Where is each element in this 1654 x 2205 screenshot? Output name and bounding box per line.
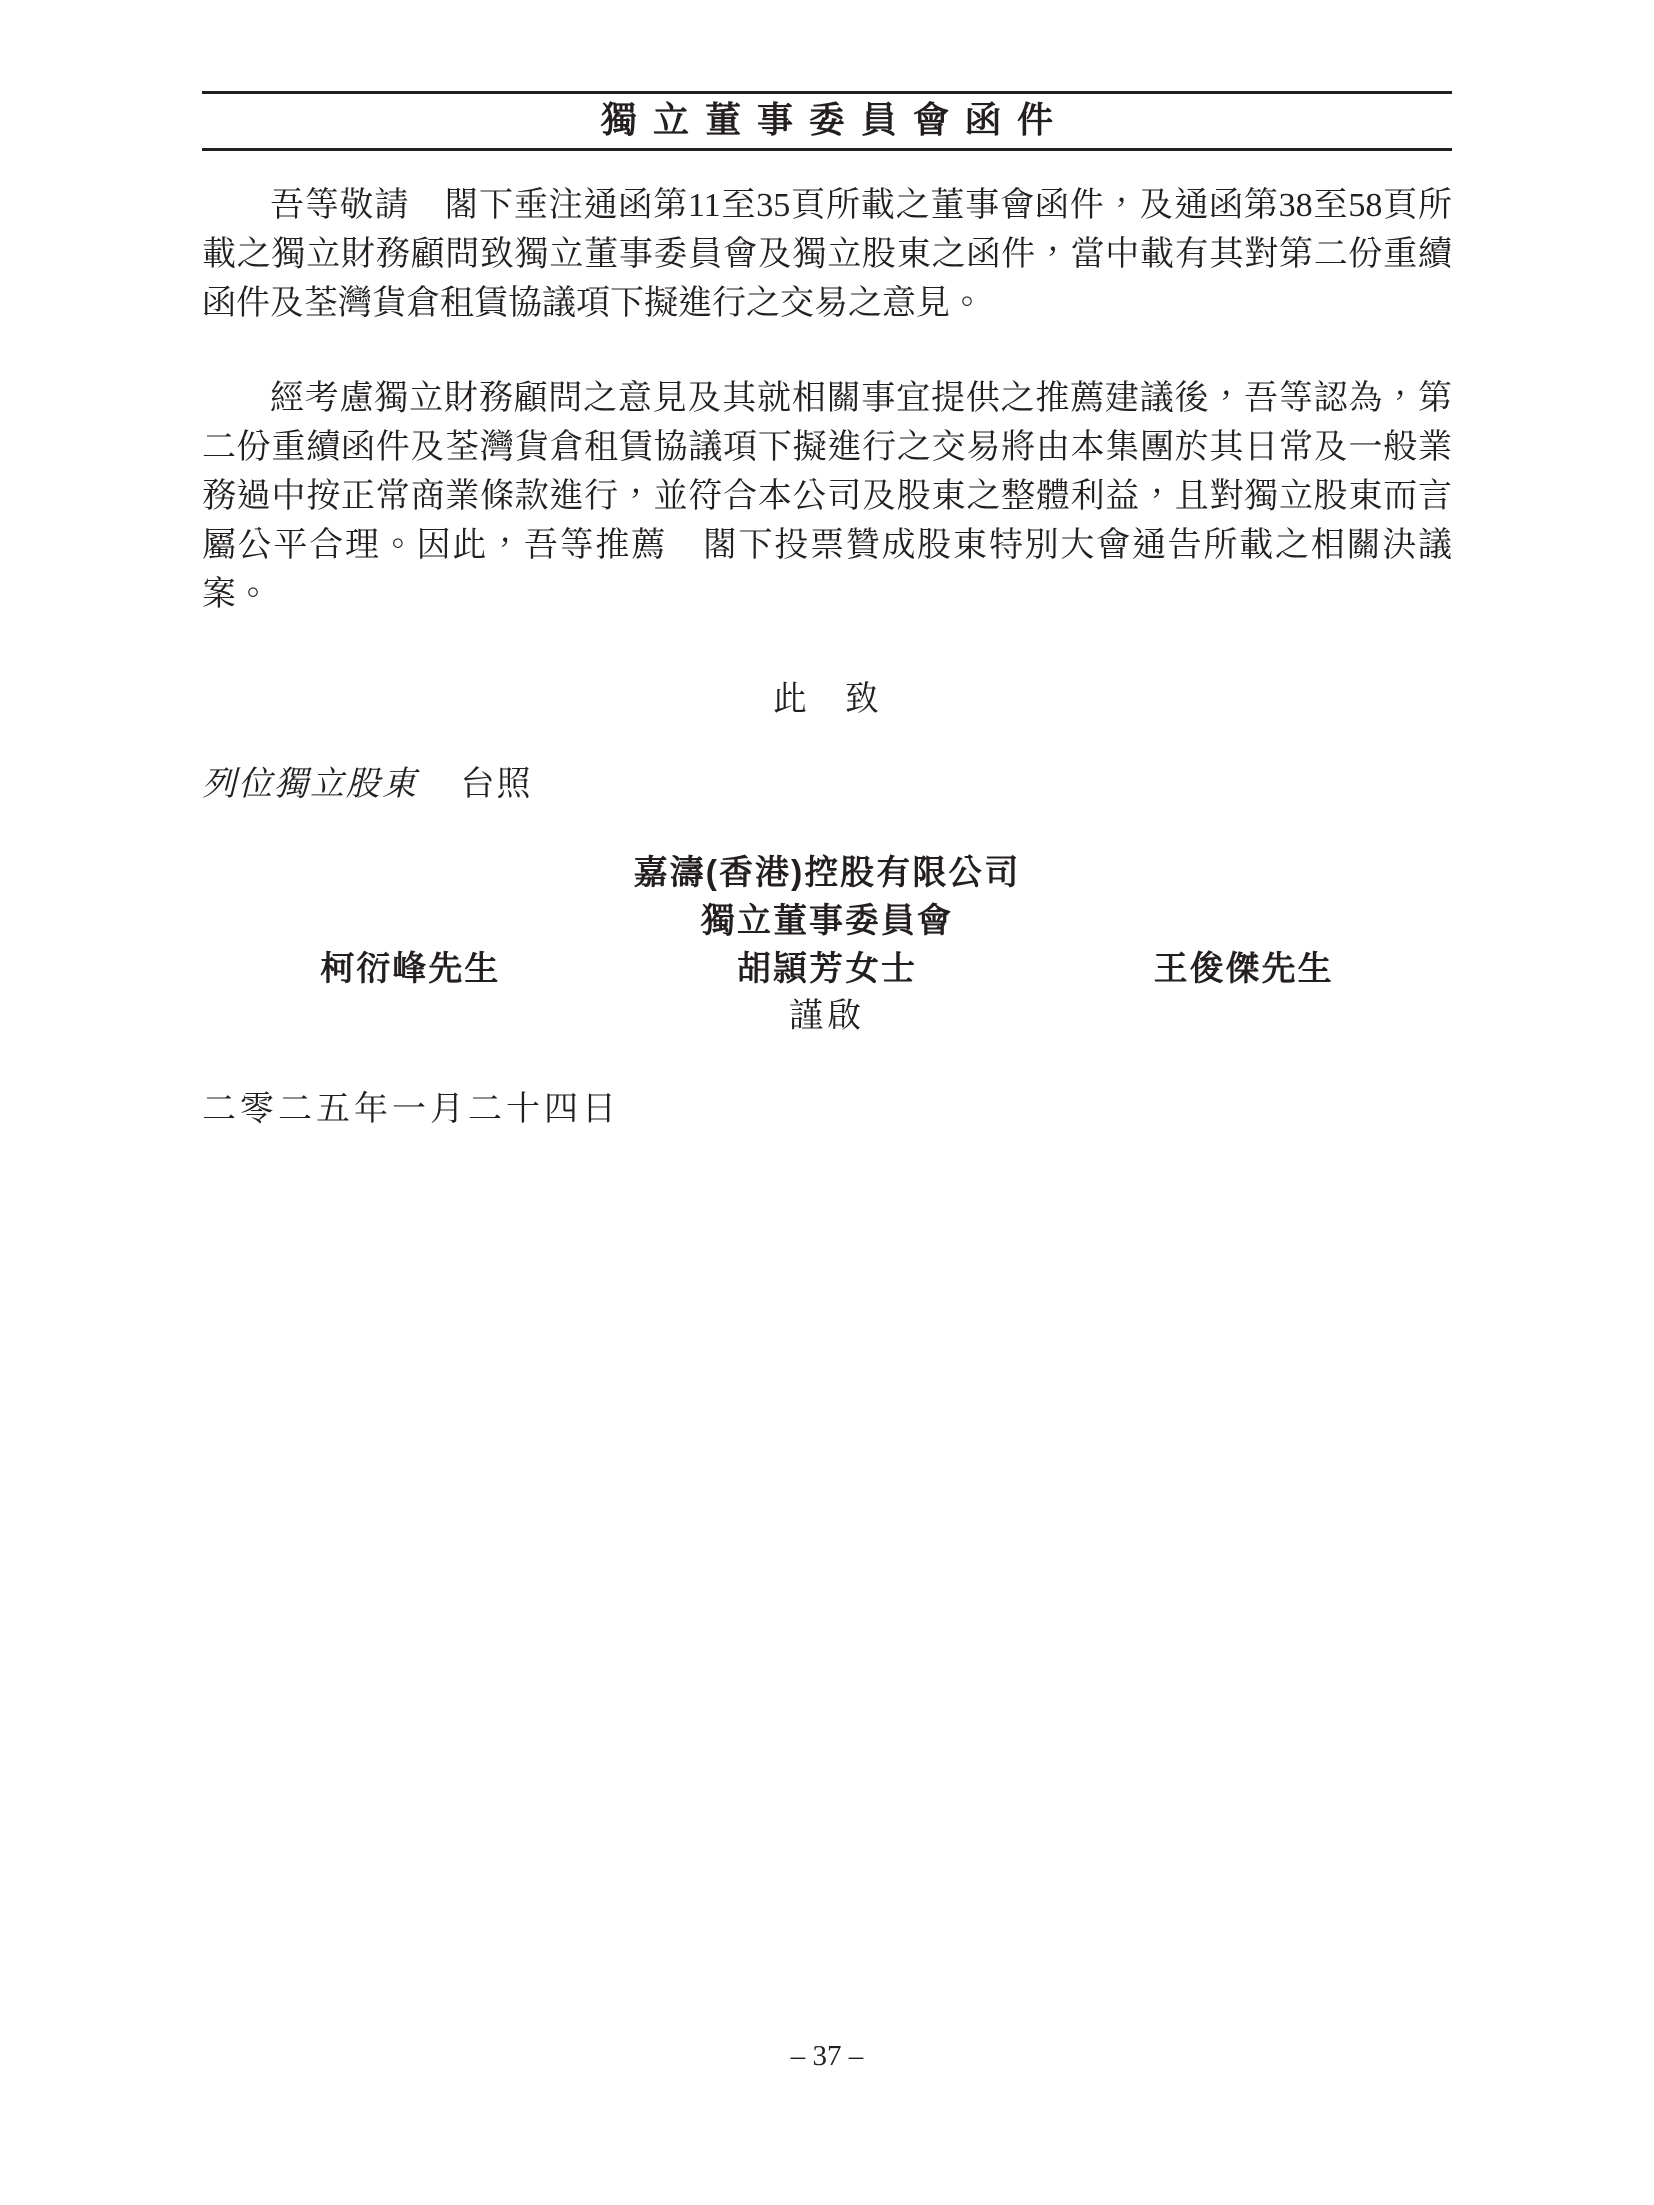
page-title: 獨立董事委員會函件	[601, 100, 1069, 140]
signer-name-3: 王俊傑先生	[1035, 945, 1452, 993]
committee-name: 獨立董事委員會	[202, 897, 1452, 945]
company-name: 嘉濤(香港)控股有限公司	[202, 849, 1452, 897]
document-page: 獨立董事委員會函件 吾等敬請 閣下垂注通函第11至35頁所載之董事會函件，及通函…	[0, 0, 1654, 2205]
closing-phrase: 謹啟	[202, 993, 1452, 1041]
addressee-name: 列位獨立股東	[202, 766, 418, 803]
addressee-suffix: 台照	[461, 766, 533, 803]
addressee: 列位獨立股東 台照	[202, 760, 1452, 809]
signers-row: 柯衍峰先生 胡頴芳女士 王俊傑先生	[202, 945, 1452, 993]
signer-name-2: 胡頴芳女士	[619, 945, 1036, 993]
signer-name-1: 柯衍峰先生	[202, 945, 619, 993]
salutation: 此 致	[202, 675, 1452, 724]
paragraph-recommendation: 經考慮獨立財務顧問之意見及其就相關事宜提供之推薦建議後，吾等認為，第二份重續函件…	[202, 374, 1452, 619]
paragraph-reference: 吾等敬請 閣下垂注通函第11至35頁所載之董事會函件，及通函第38至58頁所載之…	[202, 181, 1452, 328]
letter-date: 二零二五年一月二十四日	[202, 1085, 1452, 1134]
letter-header: 獨立董事委員會函件	[202, 91, 1452, 151]
letter-content: 獨立董事委員會函件 吾等敬請 閣下垂注通函第11至35頁所載之董事會函件，及通函…	[202, 0, 1452, 1134]
page-number: – 37 –	[0, 2036, 1654, 2076]
